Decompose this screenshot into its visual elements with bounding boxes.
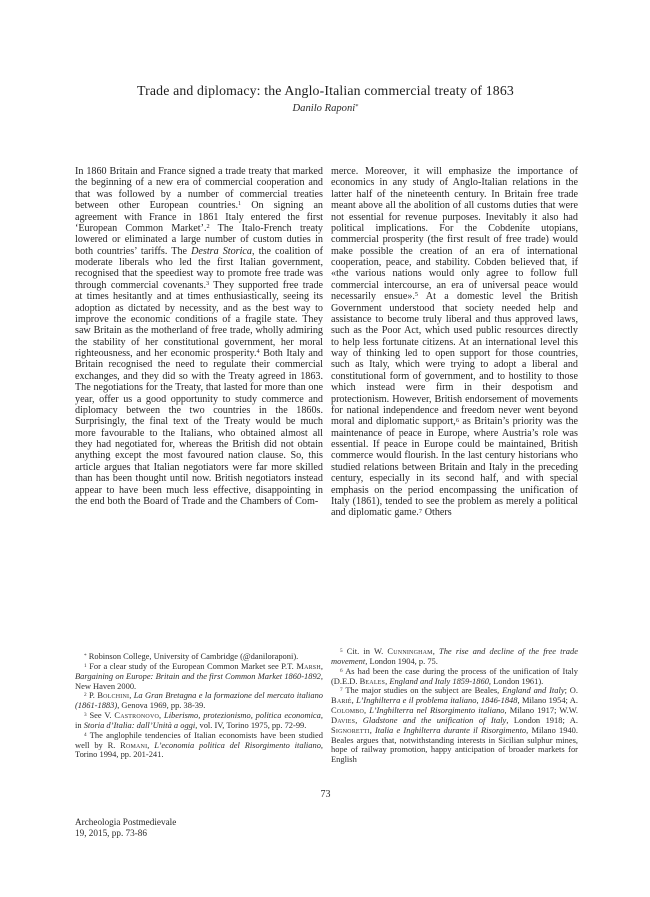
author-affiliation-mark: *	[355, 103, 358, 110]
footnote-marker: 2	[84, 692, 87, 698]
page-number: 73	[73, 789, 578, 800]
footnote: 5 Cit. in W. Cunningham, The rise and de…	[331, 647, 578, 667]
footnote-marker: *	[84, 653, 87, 659]
article-title: Trade and diplomacy: the Anglo-Italian c…	[73, 83, 578, 99]
footnote: 1 For a clear study of the European Comm…	[75, 662, 323, 692]
footnotes-left: * Robinson College, University of Cambri…	[75, 652, 323, 760]
author-name: Danilo Raponi	[293, 103, 356, 114]
footnote-marker: 6	[340, 668, 343, 674]
journal-page: Trade and diplomacy: the Anglo-Italian c…	[0, 0, 650, 897]
footnote: 4 The anglophile tendencies of Italian e…	[75, 731, 323, 761]
journal-issue: 19, 2015, pp. 73-86	[75, 828, 335, 839]
footnote: 7 The major studies on the subject are B…	[331, 686, 578, 765]
footnote: 3 See V. Castronovo, Liberismo, protezio…	[75, 711, 323, 731]
footnotes-right: 5 Cit. in W. Cunningham, The rise and de…	[331, 647, 578, 765]
author-line: Danilo Raponi*	[73, 103, 578, 114]
footnote-marker: 3	[84, 712, 87, 718]
journal-name: Archeologia Postmedievale	[75, 817, 335, 828]
journal-footer: Archeologia Postmedievale 19, 2015, pp. …	[75, 817, 335, 839]
footnote: 6 As had been the case during the proces…	[331, 667, 578, 687]
body-column-left: In 1860 Britain and France signed a trad…	[75, 166, 323, 507]
footnote-marker: 4	[84, 732, 87, 738]
body-column-right: merce. Moreover, it will emphasize the i…	[331, 166, 578, 519]
footnote-marker: 5	[340, 648, 343, 654]
footnote: 2 P. Bolchini, La Gran Bretagna e la for…	[75, 691, 323, 711]
footnote-marker: 1	[84, 663, 87, 669]
footnote-marker: 7	[340, 687, 343, 693]
